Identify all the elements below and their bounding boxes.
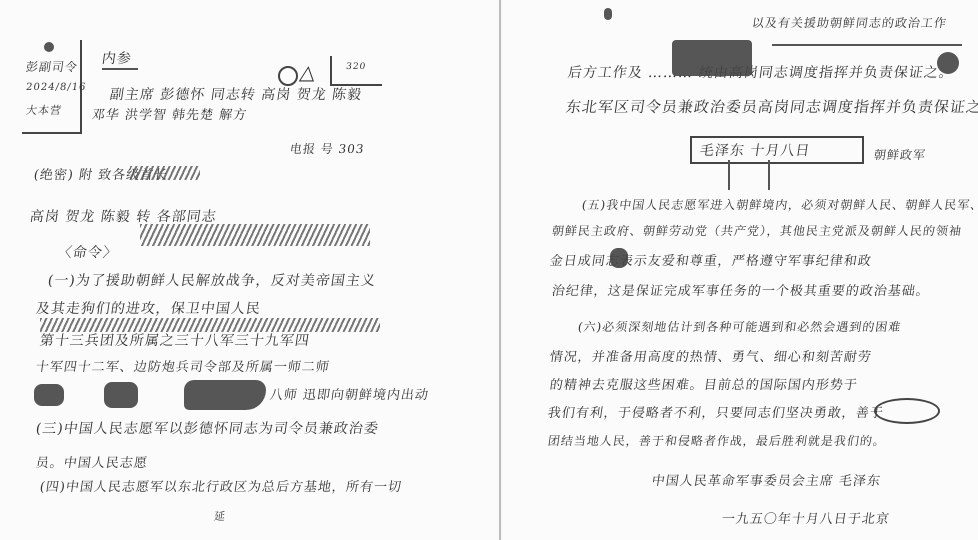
- connector-line: [768, 160, 770, 190]
- header-title: 内参: [101, 48, 134, 68]
- triangle-symbol: △: [298, 60, 318, 84]
- title-underline: [102, 68, 138, 70]
- connector-line: [728, 160, 730, 190]
- text-line: 第十三兵团及所属之三十八军三十九军四: [39, 330, 312, 350]
- ink-blot: [672, 40, 752, 76]
- signature: 中国人民革命军事委员会主席 毛泽东: [651, 470, 883, 489]
- side-note: 朝鲜政军: [873, 146, 927, 163]
- page-divider: [499, 0, 501, 540]
- ink-blot: [610, 248, 628, 268]
- para5-line: 朝鲜民主政府、朝鲜劳动党（共产党），其他民主党派及朝鲜人民的领袖: [551, 222, 963, 239]
- ink-blot: [104, 382, 138, 408]
- text-line: 高岗 贺龙 陈毅 转 各部同志: [29, 206, 219, 226]
- text-line: 东北军区司令员兼政治委员高岗同志调度指挥并负责保证之。: [565, 96, 978, 117]
- para6-line: 我们有利，于侵略者不利，只要同志们坚决勇敢，善于: [547, 402, 886, 421]
- para5-line: 治纪律，这是保证完成军事任务的一个极其重要的政治基础。: [551, 280, 932, 299]
- para6-line: 团结当地人民，善于和侵略者作战，最后胜利就是我们的。: [547, 432, 887, 449]
- ink-blot: [34, 384, 64, 406]
- text-line: (一)为了援助朝鲜人民解放战争，反对美帝国主义: [47, 270, 378, 290]
- para6-line: (六)必须深刻地估计到各种可能遇到和必然会遇到的困难: [577, 318, 903, 335]
- ink-blot: [604, 8, 612, 20]
- text-line: 〈命令〉: [57, 242, 120, 262]
- para5-line: 金日成同志表示友爱和尊重，严格遵守军事纪律和政: [549, 250, 874, 269]
- text-line: 副主席 彭德怀 同志转 高岗 贺龙 陈毅: [109, 84, 364, 104]
- ink-blot: [44, 42, 54, 52]
- text-line: (三)中国人民志愿军以彭德怀同志为司令员兼政治委: [35, 418, 381, 438]
- top-insert: 以及有关援助朝鲜同志的政治工作: [751, 14, 948, 31]
- text-line: 邓华 洪学智 韩先楚 解方: [91, 104, 249, 123]
- struck-text: [140, 224, 370, 246]
- text-line: 员。中国人民志愿: [35, 452, 150, 471]
- ink-blot: [937, 52, 959, 74]
- manuscript-page-right: 以及有关援助朝鲜同志的政治工作 后方工作及 ……… 统由高岗同志调度指挥并负责保…: [502, 0, 978, 540]
- margin-note-line: 大本营: [25, 102, 63, 118]
- struck-text: [130, 166, 200, 180]
- margin-note-line: 彭副司令: [25, 58, 79, 75]
- date: 一九五〇年十月八日于北京: [721, 508, 892, 527]
- boxed-heading: 毛泽东 十月八日: [699, 140, 812, 160]
- circled-word: [874, 398, 940, 424]
- text-line: 电报 号 303: [289, 140, 366, 157]
- insert-arrow: [772, 44, 962, 46]
- manuscript-page-left: 彭副司令 2024/8/16 大本营 内参 △ 320 副主席 彭德怀 同志转 …: [0, 0, 500, 540]
- text-line: 后方工作及 ……… 统由高岗同志调度指挥并负责保证之。: [567, 62, 956, 82]
- text-line: (四)中国人民志愿军以东北行政区为总后方基地，所有一切: [39, 476, 404, 495]
- text-line: 及其走狗们的进攻，保卫中国人民: [35, 298, 263, 318]
- page-number: 320: [345, 62, 367, 72]
- circle-symbol: [278, 66, 298, 86]
- para6-line: 情况，并准备用高度的热情、勇气、细心和刻苦耐劳: [549, 346, 874, 365]
- text-line: 十军四十二军、边防炮兵司令部及所属一师二师: [35, 356, 332, 375]
- para5-line: (五)我中国人民志愿军进入朝鲜境内，必须对朝鲜人民、朝鲜人民军、: [581, 196, 978, 213]
- text-line: 八师 迅即向朝鲜境内出动: [269, 384, 431, 403]
- para6-line: 的精神去克服这些困难。目前总的国际国内形势于: [549, 374, 860, 393]
- footer-note: 延: [213, 508, 227, 524]
- ink-blot: [184, 380, 266, 410]
- margin-note-line: 2024/8/16: [25, 82, 87, 93]
